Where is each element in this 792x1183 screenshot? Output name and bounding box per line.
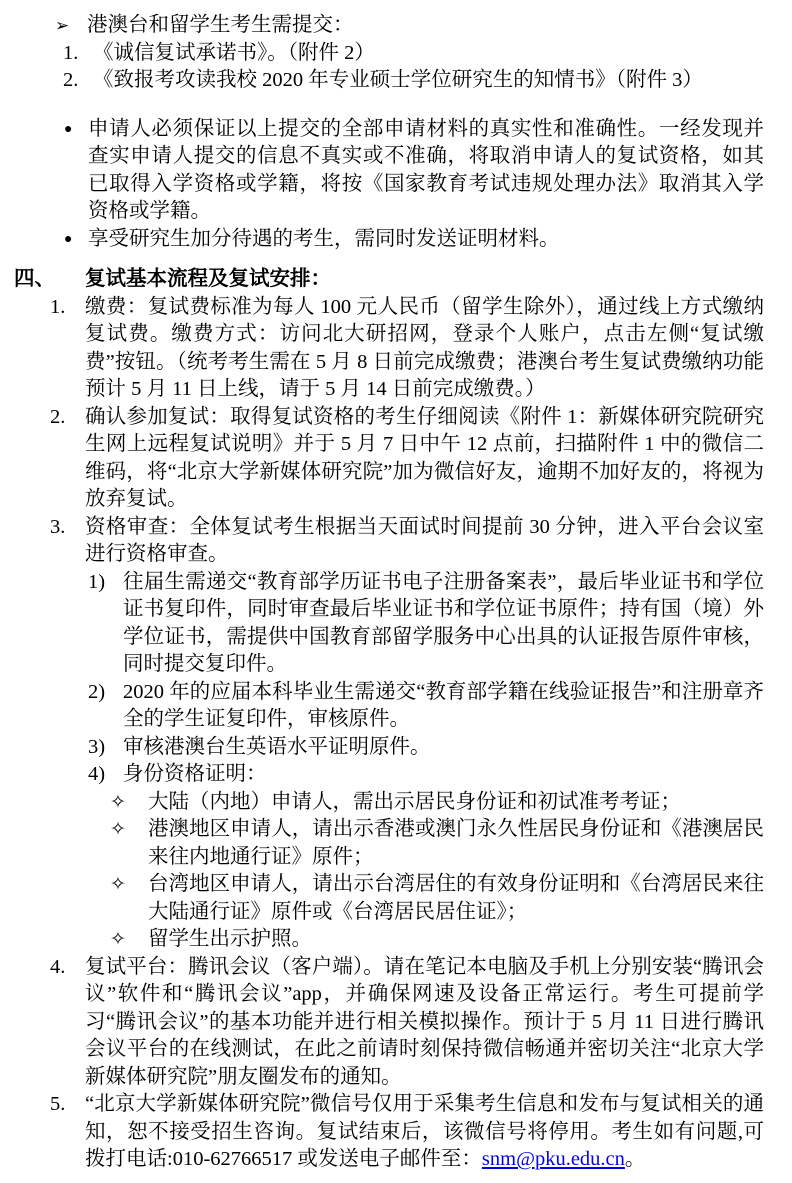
list-item-text: 缴费：复试费标准为每人 100 元人民币（留学生除外），通过线上方式缴纳复试费。… xyxy=(85,296,764,401)
diamond-bullet-icon: ✧ xyxy=(110,871,126,899)
diamond-bullet-icon: ✧ xyxy=(110,789,126,817)
list-item-text: 复试平台：腾讯会议（客户端）。请在笔记本电脑及手机上分别安装“腾讯会议”软件和“… xyxy=(85,956,764,1088)
list-item-qualification-review: 3. 资格审查：全体复试考生根据当天面试时间提前 30 分钟，进入平台会议室进行… xyxy=(0,514,792,569)
sub-item-text: 身份资格证明： xyxy=(123,763,267,785)
circle-bullet-icon: ● xyxy=(64,226,72,254)
item-number: 3. xyxy=(50,514,65,542)
diamond-item-international: ✧ 留学生出示护照。 xyxy=(0,926,792,954)
circle-bullet-icon: ● xyxy=(64,116,72,144)
section-number: 四、 xyxy=(14,266,55,294)
bullet-item-bonus-policy: ● 享受研究生加分待遇的考生，需同时发送证明材料。 xyxy=(0,226,792,254)
email-link[interactable]: snm@pku.edu.cn xyxy=(482,1148,625,1170)
list-item-text: 港澳台和留学生考生需提交： xyxy=(87,14,354,36)
bullet-item-text: 申请人必须保证以上提交的全部申请材料的真实性和准确性。一经发现并查实申请人提交的… xyxy=(88,118,764,223)
item-number: 1. xyxy=(63,40,78,68)
diamond-item-taiwan: ✧ 台湾地区申请人，请出示台湾居住的有效身份证明和《台湾居民来往大陆通行证》原件… xyxy=(0,871,792,926)
diamond-item-text: 台湾地区申请人，请出示台湾居住的有效身份证明和《台湾居民来往大陆通行证》原件或《… xyxy=(148,873,764,923)
sub-item-text: 审核港澳台生英语水平证明原件。 xyxy=(123,736,431,758)
item-number: 4. xyxy=(50,954,65,982)
list-item-text: 资格审查：全体复试考生根据当天面试时间提前 30 分钟，进入平台会议室进行资格审… xyxy=(85,516,764,566)
diamond-item-mainland: ✧ 大陆（内地）申请人，需出示居民身份证和初试准考考证； xyxy=(0,789,792,817)
sub-item-text: 2020 年的应届本科毕业生需递交“教育部学籍在线验证报告”和注册章齐全的学生证… xyxy=(123,681,764,731)
item-number: 3) xyxy=(88,734,105,762)
item-number: 2. xyxy=(63,67,78,95)
list-item-confirm-participation: 2. 确认参加复试：取得复试资格的考生仔细阅读《附件 1：新媒体研究院研究生网上… xyxy=(0,404,792,514)
diamond-item-hk-macau: ✧ 港澳地区申请人，请出示香港或澳门永久性居民身份证和《港澳居民来往内地通行证》… xyxy=(0,816,792,871)
sub-item-fresh-graduates: 2) 2020 年的应届本科毕业生需递交“教育部学籍在线验证报告”和注册章齐全的… xyxy=(0,679,792,734)
section-title: 复试基本流程及复试安排： xyxy=(85,268,331,290)
list-item-wechat-contact: 5. “北京大学新媒体研究院”微信号仅用于采集考生信息和发布与复试相关的通知，恕… xyxy=(0,1091,792,1174)
list-item-text: 确认参加复试：取得复试资格的考生仔细阅读《附件 1：新媒体研究院研究生网上远程复… xyxy=(85,406,764,511)
list-item-hmt-overseas-submit: ➢ 港澳台和留学生考生需提交： xyxy=(0,12,792,40)
document-page: ➢ 港澳台和留学生考生需提交： 1. 《诚信复试承诺书》。（附件 2） 2. 《… xyxy=(0,0,792,1183)
item-number: 1) xyxy=(88,569,105,597)
item-number: 4) xyxy=(88,761,105,789)
diamond-item-text: 港澳地区申请人，请出示香港或澳门永久性居民身份证和《港澳居民来往内地通行证》原件… xyxy=(148,818,764,868)
section-heading-four: 四、 复试基本流程及复试安排： xyxy=(0,266,792,294)
diamond-item-text: 留学生出示护照。 xyxy=(148,928,312,950)
bullet-item-authenticity-warning: ● 申请人必须保证以上提交的全部申请材料的真实性和准确性。一经发现并查实申请人提… xyxy=(0,116,792,226)
item-number: 2) xyxy=(88,679,105,707)
arrow-bullet-icon: ➢ xyxy=(55,12,69,40)
list-item-payment: 1. 缴费：复试费标准为每人 100 元人民币（留学生除外），通过线上方式缴纳复… xyxy=(0,294,792,404)
list-item-text: “北京大学新媒体研究院”微信号仅用于采集考生信息和发布与复试相关的通知，恕不接受… xyxy=(85,1093,764,1170)
sub-item-text: 往届生需递交“教育部学历证书电子注册备案表”，最后毕业证书和学位证书复印件，同时… xyxy=(123,571,764,676)
item-number: 2. xyxy=(50,404,65,432)
list-item-text: 《致报考攻读我校 2020 年专业硕士学位研究生的知情书》（附件 3） xyxy=(93,69,703,91)
diamond-bullet-icon: ✧ xyxy=(110,816,126,844)
list-item-text: 《诚信复试承诺书》。（附件 2） xyxy=(93,42,375,64)
list-item-platform: 4. 复试平台：腾讯会议（客户端）。请在笔记本电脑及手机上分别安装“腾讯会议”软… xyxy=(0,954,792,1092)
sub-item-english-proof: 3) 审核港澳台生英语水平证明原件。 xyxy=(0,734,792,762)
item-number: 5. xyxy=(50,1091,65,1119)
diamond-bullet-icon: ✧ xyxy=(110,926,126,954)
item-number: 1. xyxy=(50,294,65,322)
sub-item-identity-proof: 4) 身份资格证明： xyxy=(0,761,792,789)
sub-item-previous-graduates: 1) 往届生需递交“教育部学历证书电子注册备案表”，最后毕业证书和学位证书复印件… xyxy=(0,569,792,679)
list-item-text-end: 。 xyxy=(625,1148,646,1170)
list-item-attachment-2: 1. 《诚信复试承诺书》。（附件 2） xyxy=(0,40,792,68)
list-item-attachment-3: 2. 《致报考攻读我校 2020 年专业硕士学位研究生的知情书》（附件 3） xyxy=(0,67,792,95)
diamond-item-text: 大陆（内地）申请人，需出示居民身份证和初试准考考证； xyxy=(148,791,681,813)
bullet-item-text: 享受研究生加分待遇的考生，需同时发送证明材料。 xyxy=(88,228,560,250)
